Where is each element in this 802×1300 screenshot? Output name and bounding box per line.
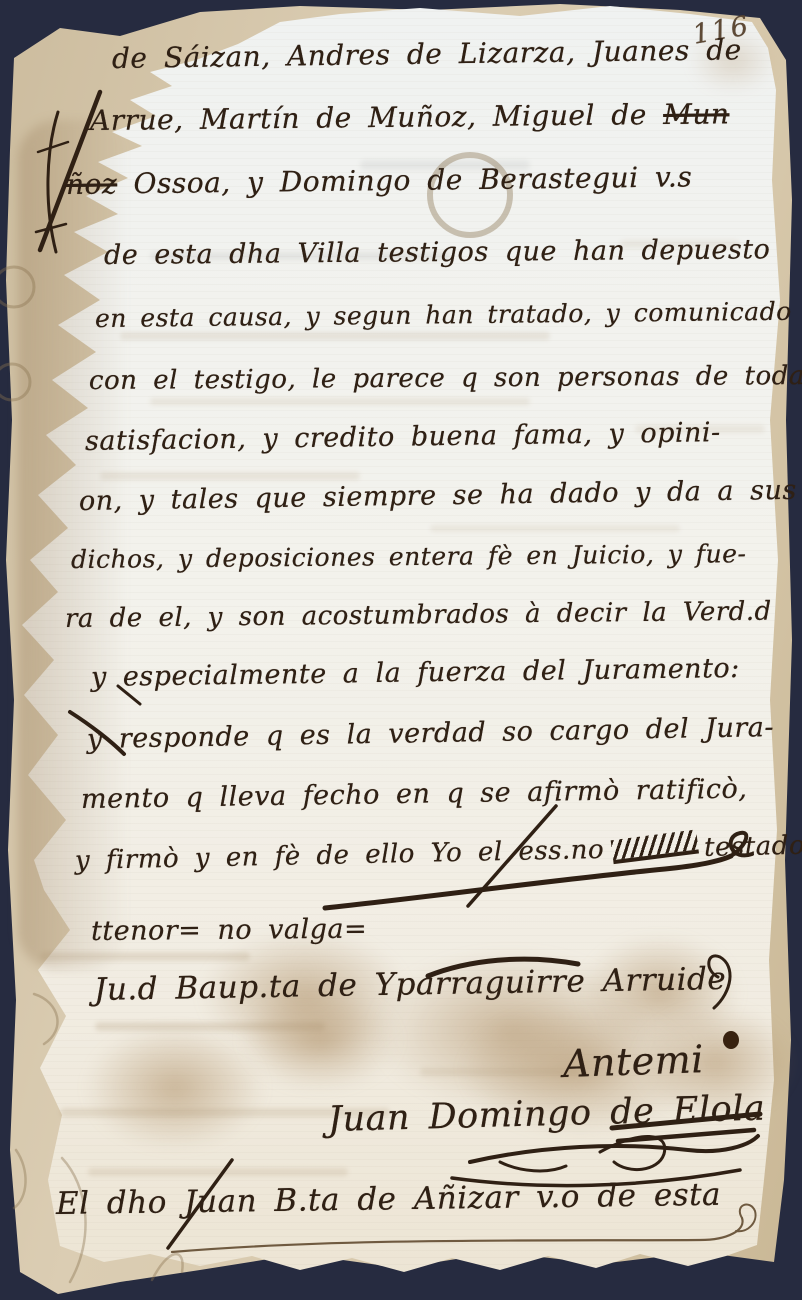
obliterated-word [611,830,699,865]
line-text: Ossoa, y Domingo de Berastegui v.s [117,160,692,200]
manuscript-line: de esta dha Villa testigos que han depue… [104,234,771,271]
bleedthrough-ghost [150,398,530,405]
line-text: testado [704,831,802,863]
manuscript-scan: 116 de Sáizan, Andres de Lizarza, Juanes… [0,0,802,1300]
struck-text: ñoz [66,167,118,201]
manuscript-line: con el testigo, le parece q son personas… [89,361,802,396]
bleedthrough-ghost [120,332,550,340]
bleedthrough-ghost [40,952,250,961]
struck-text: Mun [663,97,730,131]
bleedthrough-ghost [88,1168,348,1176]
bleedthrough-ghost [420,1068,580,1076]
manuscript-line: Arrue, Martín de Muñoz, Miguel de Mun [90,97,730,137]
water-stain [85,1025,265,1150]
manuscript-line: dichos, y deposiciones entera fè en Juic… [71,539,747,574]
bleedthrough-ghost [430,525,680,532]
ante-mi-signature: Antemi [562,1037,704,1086]
line-text: Arrue, Martín de Muñoz, Miguel de [90,98,664,137]
manuscript-line: ttenor= no valga= [91,914,367,947]
bleedthrough-ghost [95,1022,325,1031]
bleedthrough-ghost [100,472,360,480]
